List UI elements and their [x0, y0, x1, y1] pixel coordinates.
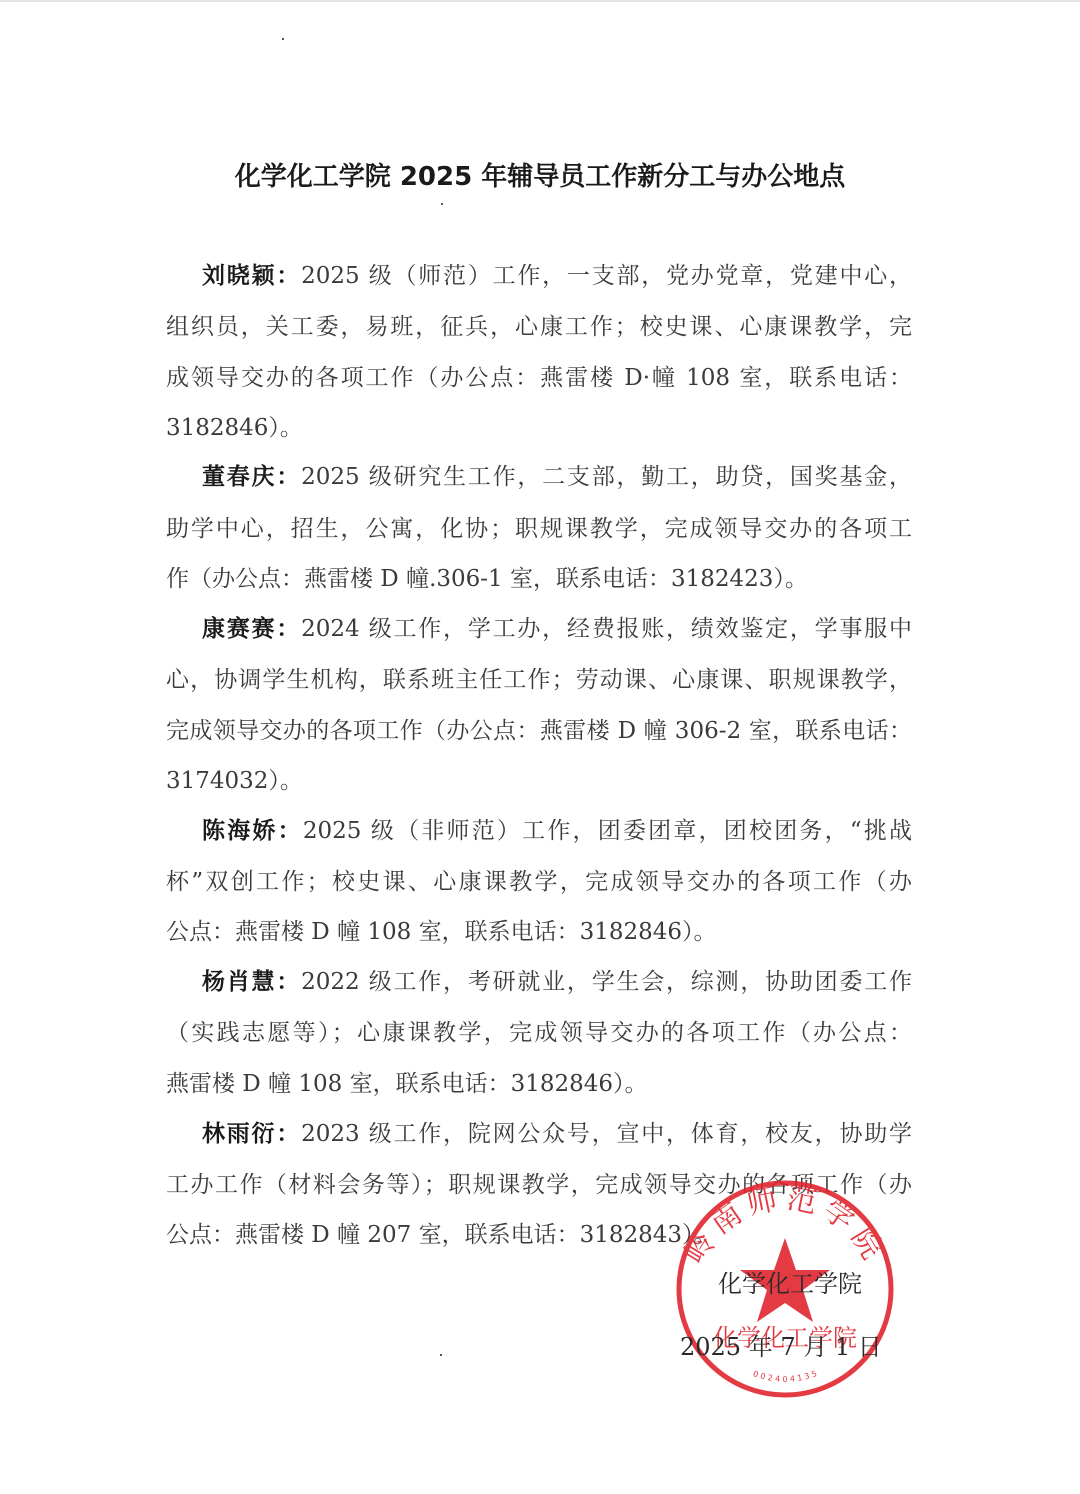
signature-date: 2025 年 7 月 1 日 [680, 1327, 882, 1362]
person-name: 杨肖慧： [202, 969, 301, 995]
person-name: 陈海娇： [202, 818, 303, 844]
person-name: 董春庆： [202, 464, 301, 490]
scan-speck [282, 38, 284, 40]
entry-text: 助学中心，招生，公寓，化协；职规课教学，完成领导交办的各项工 [166, 514, 912, 544]
signature-org: 化学化工学院 [718, 1264, 862, 1299]
entry-text: 心，协调学生机构，联系班主任工作；劳动课、心康课、职规课教学， [166, 665, 912, 695]
entry-text: 3174032）。 [166, 766, 912, 796]
person-name: 刘晓颖： [202, 263, 301, 289]
scan-top-edge [0, 0, 1080, 2]
entry-text: 成领导交办的各项工作（办公点：燕雷楼 D·幢 108 室，联系电话： [166, 363, 912, 393]
entry-text: 2025 级研究生工作，二支部，勤工，助贷，国奖基金， [301, 464, 912, 490]
person-name: 林雨衍： [202, 1121, 301, 1147]
entry-text: 杯”双创工作；校史课、心康课教学，完成领导交办的各项工作（办 [166, 867, 912, 897]
entry-text: 2022 级工作，考研就业，学生会，综测，协助团委工作 [301, 969, 912, 995]
entry-text: 3182846）。 [166, 413, 912, 443]
scan-speck [440, 1354, 442, 1356]
document-title: 化学化工学院 2025 年辅导员工作新分工与办公地点 [0, 156, 1080, 193]
entry-text: 公点：燕雷楼 D 幢 108 室，联系电话：3182846）。 [166, 917, 912, 947]
entry-text: （实践志愿等）；心康课教学，完成领导交办的各项工作（办公点： [166, 1018, 912, 1048]
entry-text: 2025 级（非师范）工作，团委团章，团校团务，“挑战 [303, 818, 912, 844]
entry-text: 组织员，关工委，易班，征兵，心康工作；校史课、心康课教学，完 [166, 312, 912, 342]
entry-text: 完成领导交办的各项工作（办公点：燕雷楼 D 幢 306-2 室，联系电话： [166, 716, 912, 746]
svg-text:0 0 2 4 0 4 1 3 5: 0 0 2 4 0 4 1 3 5 [752, 1369, 818, 1384]
entry-text: 作（办公点：燕雷楼 D 幢.306-1 室，联系电话：3182423）。 [166, 564, 912, 594]
seal-serial: 0 0 2 4 0 4 1 3 5 [752, 1369, 818, 1384]
entry-text: 2023 级工作，院网公众号，宣中，体育，校友，协助学 [301, 1121, 912, 1147]
entry-text: 燕雷楼 D 幢 108 室，联系电话：3182846）。 [166, 1069, 912, 1099]
entry-text: 2025 级（师范）工作，一支部，党办党章，党建中心， [301, 263, 912, 289]
person-name: 康赛赛： [202, 616, 301, 642]
scan-speck [441, 203, 443, 205]
entry-text: 2024 级工作，学工办，经费报账，绩效鉴定，学事服中 [301, 616, 912, 642]
